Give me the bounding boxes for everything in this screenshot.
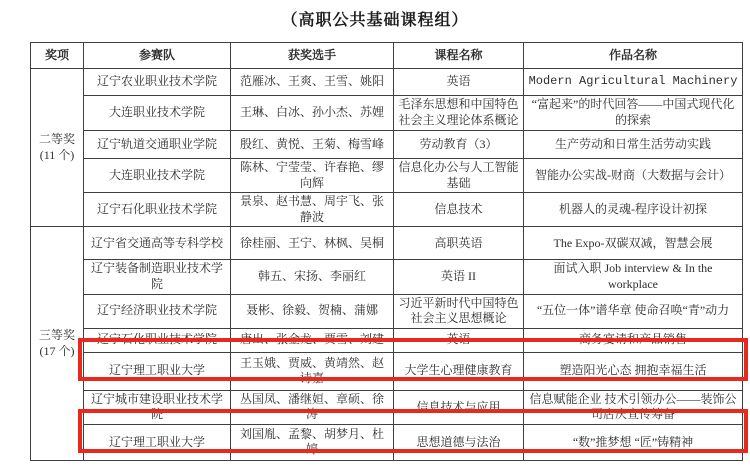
course-cell: 习近平新时代中国特色社会主义思想概论 [394, 294, 524, 328]
table-row: 二等奖 (11 个) 辽宁农业职业技术学院 范雁冰、王爽、王雪、姚阳 英语 Mo… [31, 69, 743, 96]
team-cell: 辽宁农业职业技术学院 [84, 69, 231, 96]
table-row-highlighted: 辽宁理工职业大学 刘国胤、孟黎、胡梦月、杜婷 思想道德与法治 “数”推梦想 “匠… [31, 424, 743, 460]
course-cell: 英语 [394, 328, 524, 352]
course-cell: 毛泽东思想和中国特色社会主义理论体系概论 [394, 96, 524, 131]
work-cell: The Expo-双碳双减，智慧会展 [524, 227, 743, 260]
award-count: (17 个) [35, 344, 79, 360]
header-cell-award: 奖项 [31, 43, 84, 69]
award-group-cell-third-prize: 三等奖 (17 个) [31, 227, 84, 461]
course-cell: 信息技术 [394, 193, 524, 227]
players-cell: 韩五、宋扬、李丽红 [231, 260, 394, 294]
team-cell: 辽宁城市建设职业技术学院 [84, 390, 231, 424]
course-cell: 英语 II [394, 260, 524, 294]
team-cell: 辽宁石化职业技术学院 [84, 193, 231, 227]
table-row: 三等奖 (17 个) 辽宁省交通高等专科学校 徐桂丽、王宁、林枫、吴桐 高职英语… [31, 227, 743, 260]
table-row: 辽宁经济职业技术学院 聂彬、徐毅、贺楠、蒲娜 习近平新时代中国特色社会主义思想概… [31, 294, 743, 328]
work-cell: 商务宴请和产品销售 [524, 328, 743, 352]
header-cell-players: 获奖选手 [231, 43, 394, 69]
header-cell-work: 作品名称 [524, 43, 743, 69]
work-cell: 智能办公实战-财商（大数据与会计） [524, 159, 743, 193]
table-row: 大连职业技术学院 陈林、宁莹莹、许春艳、缪向辉 信息化办公与人工智能基础 智能办… [31, 159, 743, 193]
award-group-cell-second-prize: 二等奖 (11 个) [31, 69, 84, 227]
course-cell: 思想道德与法治 [394, 424, 524, 460]
course-cell: 英语 [394, 69, 524, 96]
award-name: 二等奖 [35, 132, 79, 148]
team-cell: 辽宁理工职业大学 [84, 352, 231, 390]
results-table: 奖项 参赛队 获奖选手 课程名称 作品名称 二等奖 (11 个) 辽宁农业职业技… [30, 42, 743, 461]
team-cell: 辽宁经济职业技术学院 [84, 294, 231, 328]
work-cell: 生产劳动和日常生活劳动实践 [524, 131, 743, 159]
header-row: 奖项 参赛队 获奖选手 课程名称 作品名称 [31, 43, 743, 69]
header-cell-team: 参赛队 [84, 43, 231, 69]
award-name: 三等奖 [35, 328, 79, 344]
document-page: （高职公共基础课程组） 奖项 参赛队 获奖选手 课程名称 作品名称 二等奖 (1… [0, 0, 750, 471]
course-cell: 信息技术与应用 [394, 390, 524, 424]
team-cell: 辽宁理工职业大学 [84, 424, 231, 460]
award-count: (11 个) [35, 148, 79, 164]
players-cell: 唐出、张金龙、贾雪、刘建 [231, 328, 394, 352]
players-cell: 刘国胤、孟黎、胡梦月、杜婷 [231, 424, 394, 460]
players-cell: 聂彬、徐毅、贺楠、蒲娜 [231, 294, 394, 328]
work-cell: “五位一体”谱华章 使命召唤“青”动力 [524, 294, 743, 328]
table-row-highlighted: 辽宁理工职业大学 王玉娥、贾威、黄靖然、赵诗嘉 大学生心理健康教育 塑造阳光心态… [31, 352, 743, 390]
work-cell: 机器人的灵魂-程序设计初探 [524, 193, 743, 227]
team-cell: 大连职业技术学院 [84, 159, 231, 193]
table-row: 辽宁石化职业技术学院 唐出、张金龙、贾雪、刘建 英语 商务宴请和产品销售 [31, 328, 743, 352]
course-cell: 劳动教育（3） [394, 131, 524, 159]
work-cell: Modern Agricultural Machinery [524, 69, 743, 96]
players-cell: 范雁冰、王爽、王雪、姚阳 [231, 69, 394, 96]
team-cell: 辽宁轨道交通职业学院 [84, 131, 231, 159]
players-cell: 景泉、赵书慧、周宇飞、张静波 [231, 193, 394, 227]
table-row: 辽宁石化职业技术学院 景泉、赵书慧、周宇飞、张静波 信息技术 机器人的灵魂-程序… [31, 193, 743, 227]
table-row: 辽宁轨道交通职业学院 殷红、黄悦、王菊、梅雪峰 劳动教育（3） 生产劳动和日常生… [31, 131, 743, 159]
team-cell: 大连职业技术学院 [84, 96, 231, 131]
team-cell: 辽宁省交通高等专科学校 [84, 227, 231, 260]
table-row: 辽宁装备制造职业技术学院 韩五、宋扬、李丽红 英语 II 面试入职 Job in… [31, 260, 743, 294]
players-cell: 丛国凤、潘继姮、章硕、徐涛 [231, 390, 394, 424]
work-cell: “数”推梦想 “匠”铸精神 [524, 424, 743, 460]
table-row: 辽宁城市建设职业技术学院 丛国凤、潘继姮、章硕、徐涛 信息技术与应用 信息赋能企… [31, 390, 743, 424]
players-cell: 徐桂丽、王宁、林枫、吴桐 [231, 227, 394, 260]
players-cell: 陈林、宁莹莹、许春艳、缪向辉 [231, 159, 394, 193]
work-cell: 塑造阳光心态 拥抱幸福生活 [524, 352, 743, 390]
players-cell: 王玉娥、贾威、黄靖然、赵诗嘉 [231, 352, 394, 390]
work-cell: 面试入职 Job interview & In the workplace [524, 260, 743, 294]
course-cell: 信息化办公与人工智能基础 [394, 159, 524, 193]
work-cell: 信息赋能企业 技术引领办公——装饰公司店庆宣传筹备 [524, 390, 743, 424]
players-cell: 王琳、白冰、孙小杰、苏娌 [231, 96, 394, 131]
table-row: 大连职业技术学院 王琳、白冰、孙小杰、苏娌 毛泽东思想和中国特色社会主义理论体系… [31, 96, 743, 131]
course-cell: 大学生心理健康教育 [394, 352, 524, 390]
course-cell: 高职英语 [394, 227, 524, 260]
players-cell: 殷红、黄悦、王菊、梅雪峰 [231, 131, 394, 159]
page-title: （高职公共基础课程组） [0, 7, 750, 30]
team-cell: 辽宁装备制造职业技术学院 [84, 260, 231, 294]
work-cell: “富起来”的时代回答——中国式现代化的探索 [524, 96, 743, 131]
header-cell-course: 课程名称 [394, 43, 524, 69]
team-cell: 辽宁石化职业技术学院 [84, 328, 231, 352]
